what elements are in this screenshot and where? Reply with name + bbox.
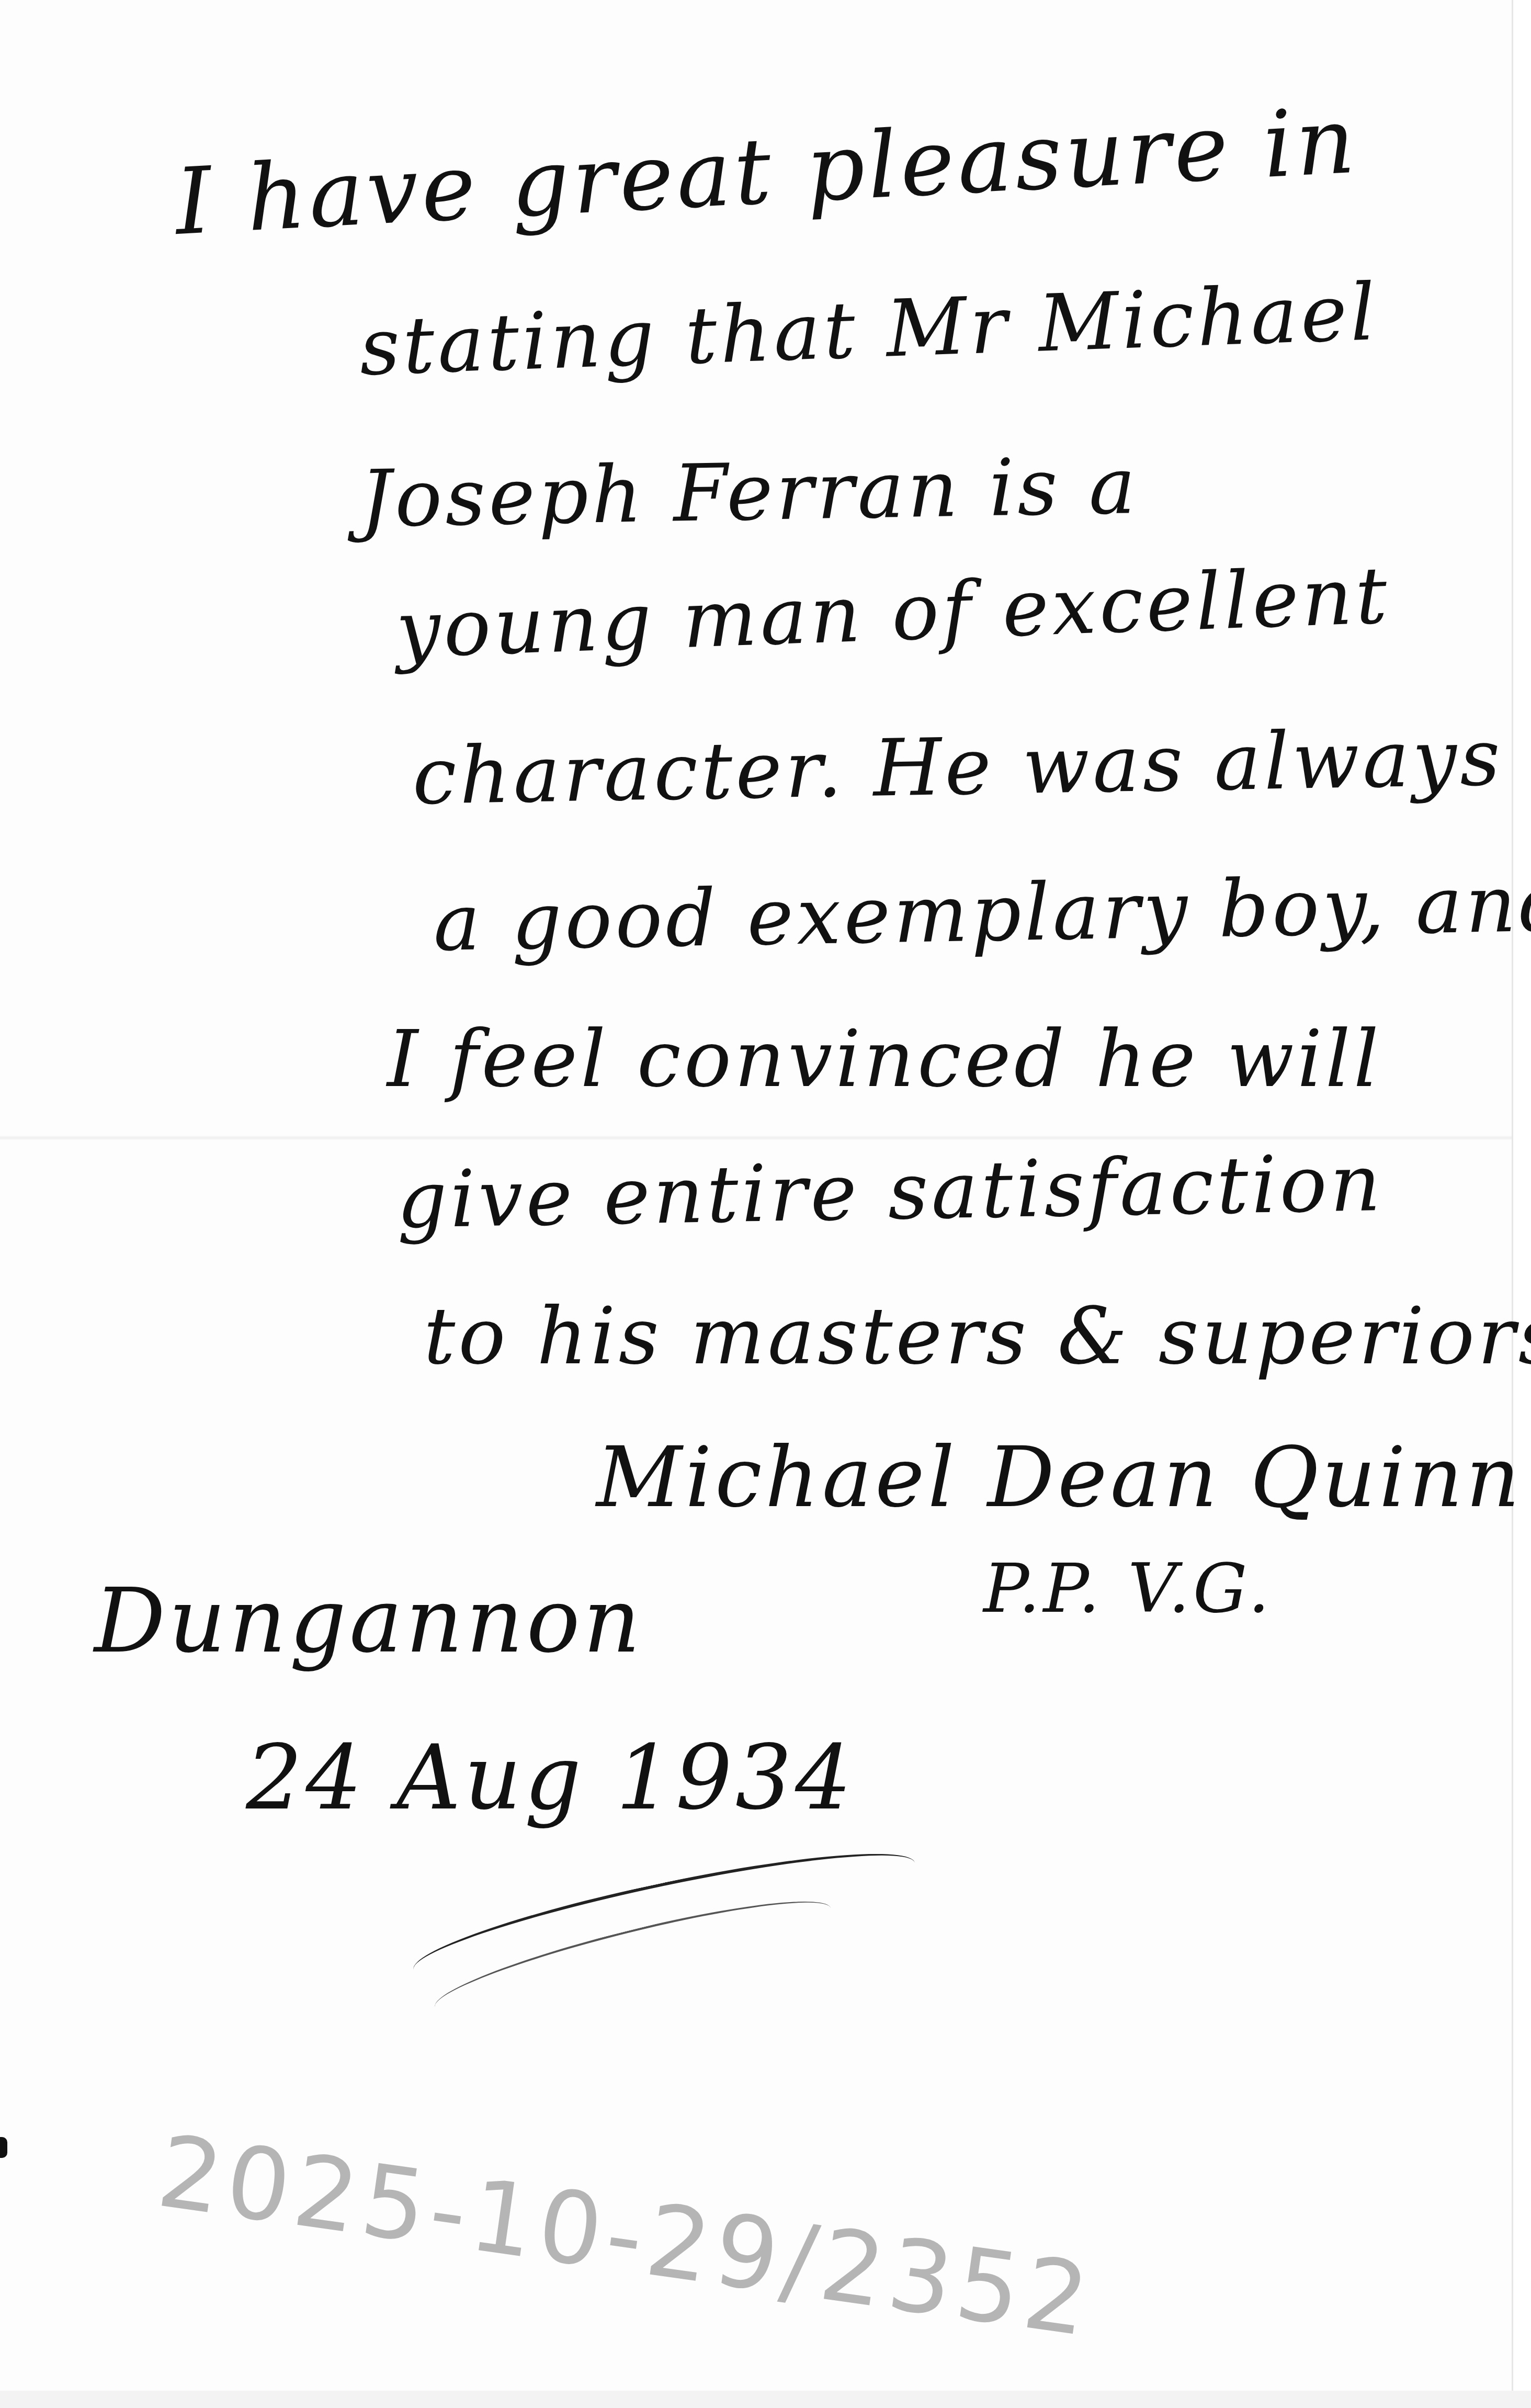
place-name: Dungannon xyxy=(94,1569,643,1673)
paper-bottom-edge xyxy=(0,2391,1531,2408)
letter-line-6: a good exemplary boy, and xyxy=(433,864,1531,963)
letter-line-3: Joseph Ferran is a xyxy=(359,447,1139,539)
signature-title: P.P. V.G. xyxy=(983,1548,1273,1628)
letter-date: 24 Aug 1934 xyxy=(246,1726,855,1830)
letter-line-7: I feel convinced he will xyxy=(387,1020,1382,1099)
ink-blot-mark xyxy=(0,2137,7,2158)
letter-line-5: character. He was always xyxy=(412,719,1504,816)
letter-line-8: give entire satisfaction xyxy=(396,1144,1384,1240)
signature-name: Michael Dean Quinn xyxy=(596,1428,1523,1526)
letter-line-9: to his masters & superiors xyxy=(424,1297,1531,1376)
